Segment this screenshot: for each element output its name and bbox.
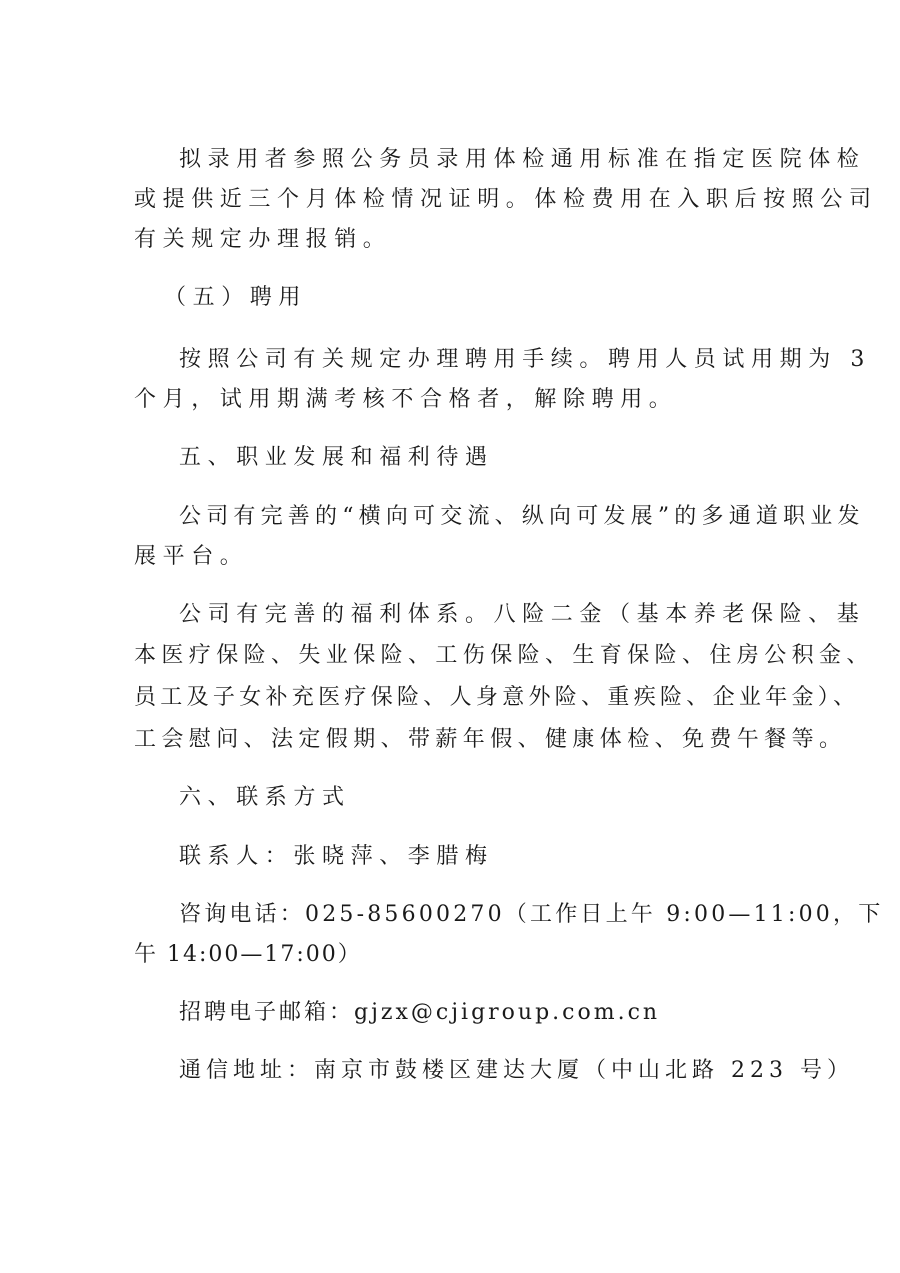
paragraph-medical-exam-line-2: 或提供近三个月体检情况证明。体检费用在入职后按照公司 — [134, 186, 878, 214]
section-heading-hiring: （五）聘用 — [164, 284, 307, 312]
paragraph-medical-exam-line-1: 拟录用者参照公务员录用体检通用标准在指定医院体检 — [179, 146, 865, 174]
paragraph-hiring-line-1: 按照公司有关规定办理聘用手续。聘用人员试用期为 3 — [179, 346, 871, 374]
paragraph-career-line-1: 公司有完善的“横向可交流、纵向可发展”的多通道职业发 — [179, 503, 865, 531]
paragraph-welfare-line-4: 工会慰问、法定假期、带薪年假、健康体检、免费午餐等。 — [134, 726, 846, 754]
paragraph-welfare-line-1: 公司有完善的福利体系。八险二金（基本养老保险、基 — [179, 601, 865, 629]
contact-phone-line-1: 咨询电话：025-85600270（工作日上午 9:00—11:00，下 — [179, 901, 883, 929]
paragraph-career-line-2: 展平台。 — [134, 543, 248, 571]
section-heading-contact: 六、联系方式 — [179, 784, 351, 812]
contact-phone-line-2: 午 14:00—17:00） — [134, 941, 362, 969]
paragraph-welfare-line-3: 员工及子女补充医疗保险、人身意外险、重疾险、企业年金）、 — [134, 684, 859, 712]
contact-person: 联系人：张晓萍、李腊梅 — [179, 843, 494, 871]
contact-address: 通信地址：南京市鼓楼区建达大厦（中山北路 223 号） — [179, 1057, 854, 1085]
paragraph-welfare-line-2: 本医疗保险、失业保险、工伤保险、生育保险、住房公积金、 — [134, 642, 874, 670]
section-heading-career: 五、职业发展和福利待遇 — [179, 444, 494, 472]
contact-email: 招聘电子邮箱：gjzx@cjigroup.com.cn — [179, 999, 660, 1027]
paragraph-hiring-line-2: 个月，试用期满考核不合格者，解除聘用。 — [134, 386, 677, 414]
paragraph-medical-exam-line-3: 有关规定办理报销。 — [134, 226, 391, 254]
